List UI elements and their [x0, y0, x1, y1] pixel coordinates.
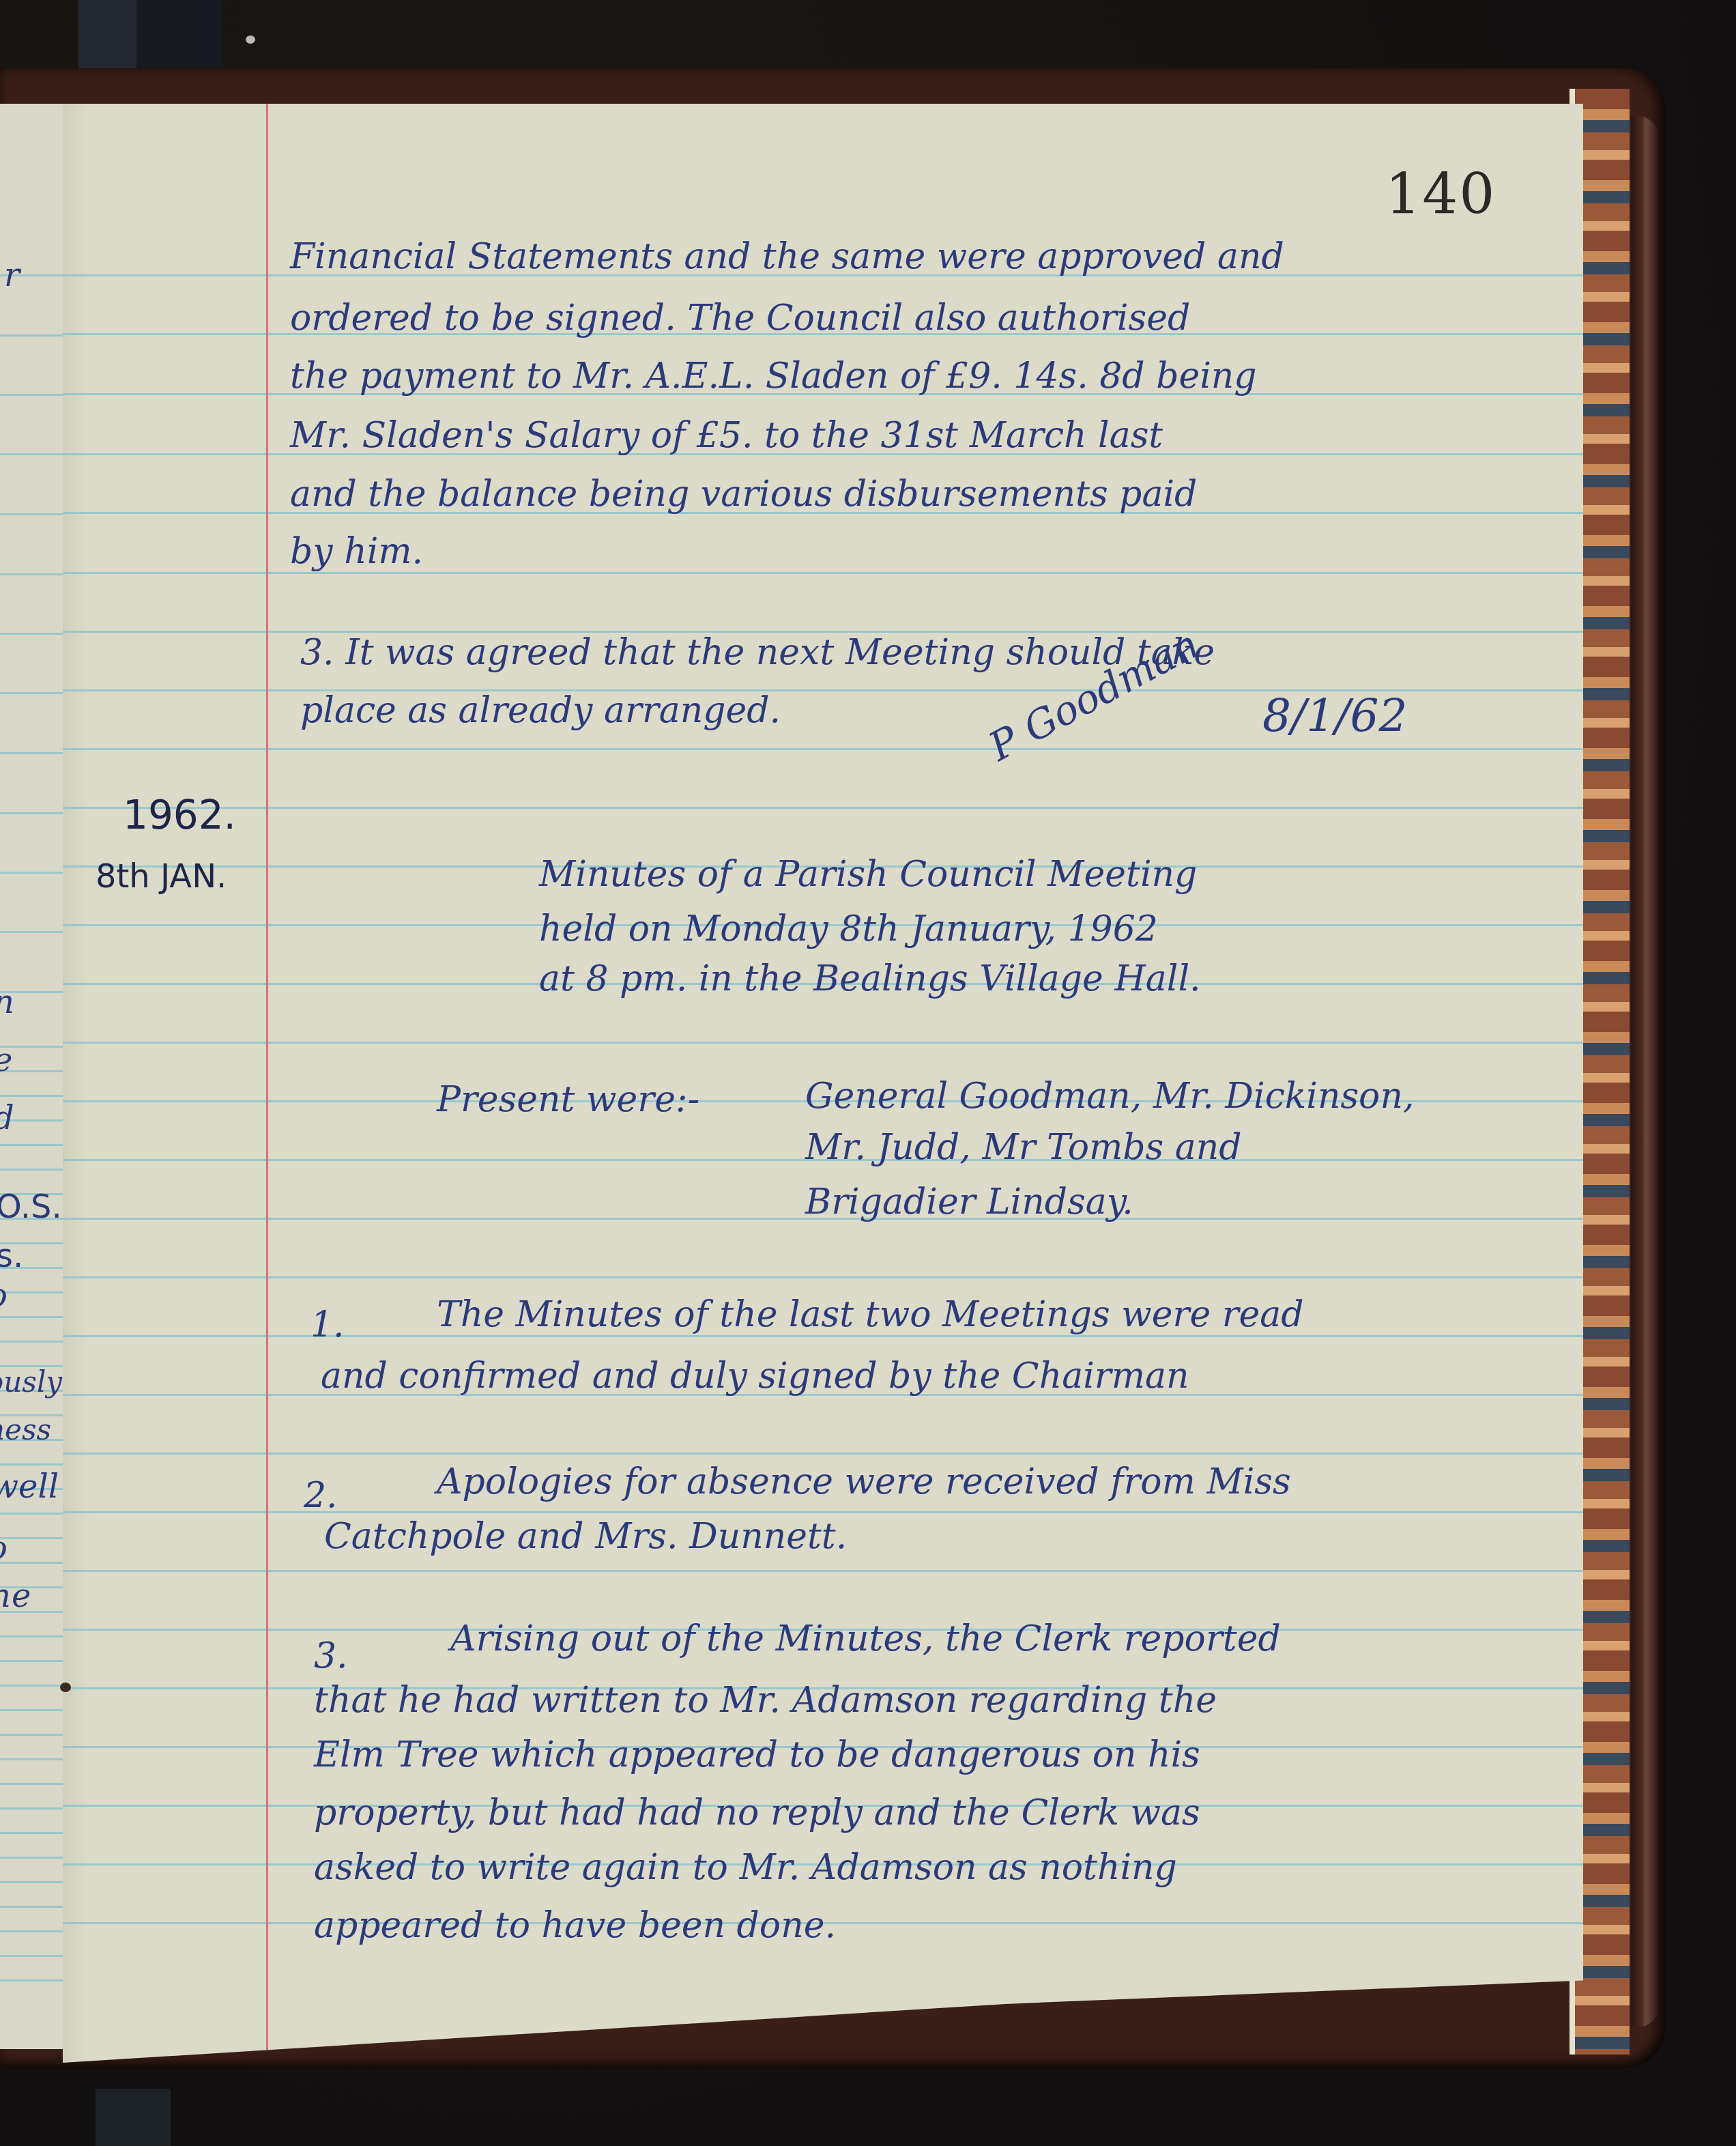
text-line: Mr. Sladen's Salary of £5. to the 31st M…	[290, 418, 1163, 453]
item-line: Arising out of the Minutes, the Clerk re…	[450, 1621, 1281, 1657]
left-page-fragment: ously	[0, 1365, 62, 1399]
rule-line	[0, 633, 66, 635]
header-line: Minutes of a Parish Council Meeting	[539, 857, 1197, 892]
item-number: 3.	[314, 1638, 348, 1674]
rule-line	[0, 752, 66, 754]
rule-line	[63, 1453, 1583, 1455]
rule-line	[0, 1881, 66, 1883]
header-line: held on Monday 8th January, 1962	[539, 911, 1158, 947]
left-page-fragment: well	[0, 1468, 59, 1506]
rule-line	[0, 1857, 66, 1859]
rule-line	[0, 1316, 66, 1318]
rule-line	[0, 1758, 66, 1760]
left-page-fragment: d	[0, 1099, 14, 1137]
item-line: Apologies for absence were received from…	[437, 1464, 1291, 1500]
left-page-fragment: he	[0, 1577, 31, 1615]
rule-line	[0, 453, 66, 455]
text-line: the payment to Mr. A.E.L. Sladen of £9. …	[290, 358, 1257, 394]
item-line: and confirmed and duly signed by the Cha…	[321, 1358, 1189, 1394]
attendance-line: General Goodman, Mr. Dickinson,	[805, 1078, 1414, 1114]
left-page-fragment: r	[4, 256, 20, 294]
header-line: at 8 pm. in the Bealings Village Hall.	[539, 961, 1201, 997]
attendance-label: Present were:-	[437, 1082, 699, 1117]
item-line: appeared to have been done.	[314, 1908, 836, 1943]
left-page-fragment: s.	[0, 1237, 23, 1275]
rule-line	[0, 1930, 66, 1932]
text-line: and the balance being various disburseme…	[290, 476, 1197, 512]
left-page-fragment: o	[0, 1276, 8, 1315]
rule-line	[63, 807, 1583, 809]
rule-line	[0, 1709, 66, 1711]
item-line: Elm Tree which appeared to be dangerous …	[314, 1737, 1200, 1773]
rule-line	[0, 1537, 66, 1539]
rule-line	[0, 1562, 66, 1564]
rule-line	[63, 1511, 1583, 1513]
rule-line	[63, 748, 1583, 750]
rule-line	[0, 394, 66, 396]
item-line: Catchpole and Mrs. Dunnett.	[324, 1519, 847, 1554]
rule-line	[0, 1979, 66, 1982]
text-line: place as already arranged.	[300, 693, 781, 728]
left-page-fragment: O.S.	[0, 1188, 62, 1226]
text-line: Financial Statements and the same were a…	[290, 239, 1284, 274]
item-line: asked to write again to Mr. Adamson as n…	[314, 1850, 1177, 1885]
rule-line	[63, 1042, 1583, 1044]
left-page-fragment: ness	[0, 1413, 51, 1446]
margin-line	[266, 104, 268, 2063]
rule-line	[0, 1463, 66, 1465]
rule-line	[0, 1832, 66, 1834]
rule-line	[0, 573, 66, 575]
rule-line	[0, 1906, 66, 1908]
left-page-fragment: n	[0, 983, 14, 1021]
rule-line	[0, 1169, 66, 1171]
rule-line	[0, 334, 66, 337]
rule-line	[0, 931, 66, 933]
rule-line	[0, 872, 66, 874]
page-number: 140	[1385, 162, 1496, 227]
item-number: 2.	[304, 1478, 338, 1513]
item-line: property, but had had no reply and the C…	[314, 1795, 1200, 1831]
left-page-fragment: o	[0, 1529, 8, 1567]
signature-date: 8/1/62	[1262, 689, 1407, 742]
rule-line	[0, 1635, 66, 1637]
left-page-fragment: e	[0, 1041, 12, 1079]
attendance-line: Mr. Judd, Mr Tombs and	[805, 1130, 1242, 1165]
dust-speck	[246, 35, 255, 44]
rule-line	[0, 812, 66, 814]
item-line: The Minutes of the last two Meetings wer…	[437, 1297, 1304, 1332]
rule-line	[63, 1335, 1583, 1337]
rule-line	[0, 1341, 66, 1343]
rule-line	[0, 1955, 66, 1957]
ink-spot	[60, 1683, 71, 1692]
rule-line	[0, 1095, 66, 1097]
rule-line	[0, 1660, 66, 1662]
text-line: by him.	[290, 534, 423, 569]
margin-date: 8th JAN.	[96, 860, 227, 893]
rule-line	[63, 1570, 1583, 1572]
item-line: that he had written to Mr. Adamson regar…	[314, 1683, 1217, 1718]
rule-line	[0, 1783, 66, 1785]
attendance-line: Brigadier Lindsay.	[805, 1184, 1133, 1220]
item-number: 1.	[310, 1307, 345, 1343]
text-line: ordered to be signed. The Council also a…	[290, 300, 1190, 336]
cover-edge	[1631, 116, 1658, 2027]
rule-line	[0, 1291, 66, 1293]
rule-line	[0, 1144, 66, 1146]
rule-line	[0, 1807, 66, 1809]
rule-line	[0, 1734, 66, 1736]
rule-line	[0, 513, 66, 515]
rule-line	[63, 1276, 1583, 1278]
rule-line	[63, 572, 1583, 574]
margin-year: 1962.	[123, 795, 236, 835]
rule-line	[0, 1685, 66, 1687]
rule-line	[0, 1513, 66, 1515]
text-line: 3. It was agreed that the next Meeting s…	[300, 635, 1215, 670]
binding-strap-bottom	[96, 2089, 171, 2146]
rule-line	[0, 692, 66, 694]
